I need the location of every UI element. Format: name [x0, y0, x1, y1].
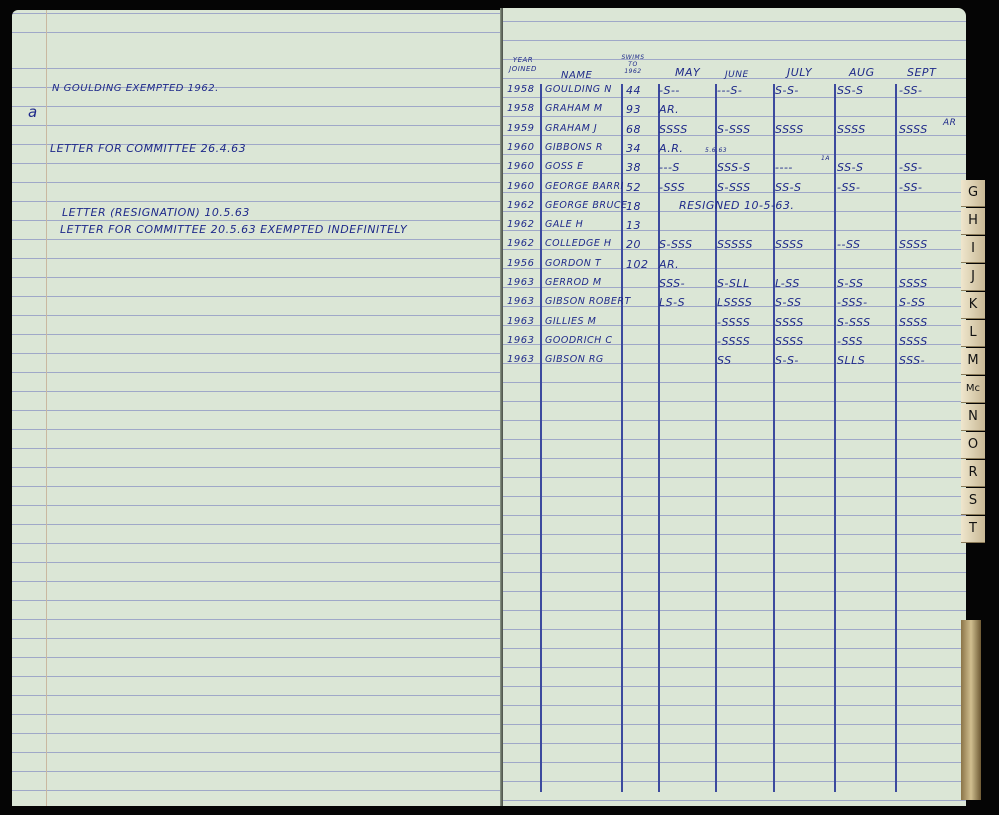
cell-name: GALE H	[545, 219, 583, 230]
table-row: 1963GERROD MSSS-S-SLLL-SSS-SSSSSS	[503, 274, 966, 293]
cell-june: SSS-S	[717, 161, 751, 174]
index-tabs: GHIJKLMMcNORST	[961, 180, 985, 544]
cell-swims: 13	[626, 219, 641, 232]
cell-june: S-SSS	[717, 181, 751, 194]
cell-name: GIBBONS R	[545, 142, 603, 153]
right-page: YEAR JOINED NAME SWIMS TO 1962 MAY JUNE …	[503, 8, 966, 806]
cell-swims: 44	[626, 84, 641, 97]
cell-may: AR.	[659, 258, 679, 271]
cell-may: -S--	[659, 84, 680, 97]
index-tab[interactable]: M	[961, 348, 985, 375]
cell-july: ----	[775, 161, 793, 174]
cell-swims: 18	[626, 200, 641, 213]
cell-year: 1956	[507, 258, 534, 269]
cell-name: GRAHAM J	[545, 123, 597, 134]
table-row: 1959GRAHAM J68SSSSS-SSSSSSSSSSSSSSSAR	[503, 120, 966, 139]
cell-july: SSSS	[775, 123, 804, 136]
cell-name: GOULDING N	[545, 84, 612, 95]
cell-sept: SSSS	[899, 335, 928, 348]
cell-aug: -SSS	[837, 335, 863, 348]
cell-june: SS	[717, 354, 732, 367]
margin-mark: a	[28, 103, 38, 121]
cell-june: S-SSS	[717, 123, 751, 136]
header-aug: AUG	[849, 66, 875, 79]
note-letter-resignation: LETTER (RESIGNATION) 10.5.63	[62, 206, 250, 219]
cell-name: GILLIES M	[545, 316, 596, 327]
cell-name: GIBSON RG	[545, 354, 604, 365]
cell-aug: SS-S	[837, 84, 864, 97]
cell-may: -SSS	[659, 181, 685, 194]
table-row: 1962GALE H13	[503, 216, 966, 235]
cell-name: COLLEDGE H	[545, 238, 612, 249]
cell-sept: -SS-	[899, 181, 923, 194]
row-remark: RESIGNED 10-5-63.	[679, 199, 794, 212]
cell-may: SSS-	[659, 277, 685, 290]
table-row: 1963GOODRICH C-SSSSSSSS-SSSSSSS	[503, 332, 966, 351]
cell-july: SSSS	[775, 238, 804, 251]
cell-july: S-SS	[775, 296, 802, 309]
cell-name: GORDON T	[545, 258, 601, 269]
table-row: 1962COLLEDGE H20S-SSSSSSSSSSSS--SSSSSS	[503, 235, 966, 254]
cell-aug: S-SS	[837, 277, 864, 290]
cell-name: GEORGE BRUCE	[545, 200, 628, 211]
cell-aug: S-SSS	[837, 316, 871, 329]
cell-name: GEORGE BARRI	[545, 181, 624, 192]
cell-aug: -SSS-	[837, 296, 868, 309]
cell-swims: 34	[626, 142, 641, 155]
cell-name: GIBSON ROBERT	[545, 296, 631, 307]
cell-swims: 93	[626, 103, 641, 116]
cell-year: 1962	[507, 200, 534, 211]
cell-sept: -SS-	[899, 161, 923, 174]
index-tab[interactable]: Mc	[961, 376, 985, 403]
cell-june: LSSSS	[717, 296, 752, 309]
cell-year: 1959	[507, 123, 534, 134]
cell-year: 1960	[507, 142, 534, 153]
index-tab[interactable]: N	[961, 404, 985, 431]
cell-may: A.R.	[659, 142, 683, 155]
cell-sept: SSSS	[899, 238, 928, 251]
cell-sept: SSSS	[899, 277, 928, 290]
cell-swims: 102	[626, 258, 649, 271]
cell-aug: SS-S	[837, 161, 864, 174]
cell-swims: 52	[626, 181, 641, 194]
cell-june: 5.6.63	[705, 147, 727, 154]
cell-name: GOODRICH C	[545, 335, 612, 346]
index-tabs-worn	[961, 620, 981, 800]
header-sept: SEPT	[907, 66, 936, 79]
cell-sept: SSSS	[899, 123, 928, 136]
cell-june: -SSSS	[717, 316, 750, 329]
cell-june: S-SLL	[717, 277, 750, 290]
table-row: 1960GEORGE BARRI52-SSSS-SSSSS-S-SS--SS-	[503, 178, 966, 197]
table-row: 1956GORDON T102AR.	[503, 255, 966, 274]
header-swims: SWIMS TO 1962	[619, 54, 647, 75]
cell-name: GERROD M	[545, 277, 602, 288]
cell-year: 1958	[507, 84, 534, 95]
cell-may: SSSS	[659, 123, 688, 136]
cell-year: 1963	[507, 316, 534, 327]
note-exempted: N GOULDING EXEMPTED 1962.	[52, 83, 219, 94]
cell-year: 1963	[507, 296, 534, 307]
cell-july: SSSS	[775, 335, 804, 348]
table-row: 1960GIBBONS R34A.R.5.6.63	[503, 139, 966, 158]
cell-name: GRAHAM M	[545, 103, 603, 114]
cell-year: 1960	[507, 161, 534, 172]
cell-year: 1963	[507, 335, 534, 346]
index-tab[interactable]: T	[961, 516, 985, 543]
cell-july: S-S-	[775, 354, 799, 367]
cell-may: S-SSS	[659, 238, 693, 251]
cell-may: ---S	[659, 161, 680, 174]
header-name: NAME	[561, 70, 592, 81]
cell-july: S-S-	[775, 84, 799, 97]
table-row: 1963GIBSON RGSSS-S-SLLSSSS-	[503, 351, 966, 370]
cell-sept: SSS-	[899, 354, 925, 367]
index-tab[interactable]: R	[961, 460, 985, 487]
table-row: 1958GOULDING N44-S-----S-S-S-SS-S-SS-	[503, 81, 966, 100]
cell-may: AR.	[659, 103, 679, 116]
cell-sept: S-SS	[899, 296, 926, 309]
cell-year: 1962	[507, 238, 534, 249]
sept-annotation: AR	[943, 118, 956, 128]
header-june: JUNE	[725, 70, 749, 80]
cell-swims: 20	[626, 238, 641, 251]
cell-sept: SSSS	[899, 316, 928, 329]
note-letter-committee-2: LETTER FOR COMMITTEE 20.5.63 EXEMPTED IN…	[60, 223, 407, 236]
index-tab[interactable]: G	[961, 180, 985, 207]
table-row: 1963GILLIES M-SSSSSSSSS-SSSSSSS	[503, 313, 966, 332]
index-tab[interactable]: H	[961, 208, 985, 235]
index-tab[interactable]: K	[961, 292, 985, 319]
cell-june: SSSSS	[717, 238, 753, 251]
cell-july: SS-S	[775, 181, 802, 194]
index-tab[interactable]: O	[961, 432, 985, 459]
table-row: 1963GIBSON ROBERTLS-SLSSSSS-SS-SSS-S-SS	[503, 293, 966, 312]
cell-may: LS-S	[659, 296, 685, 309]
cell-aug: SLLS	[837, 354, 865, 367]
header-year-joined: YEAR JOINED	[506, 56, 540, 74]
table-row: 1958GRAHAM M93AR.	[503, 100, 966, 119]
cell-year: 1963	[507, 277, 534, 288]
table-row: 1962GEORGE BRUCE18RESIGNED 10-5-63.	[503, 197, 966, 216]
cell-aug: --SS	[837, 238, 861, 251]
index-tab[interactable]: J	[961, 264, 985, 291]
july-annotation: 1A	[821, 155, 830, 162]
cell-sept: -SS-	[899, 84, 923, 97]
cell-aug: -SS-	[837, 181, 861, 194]
cell-aug: SSSS	[837, 123, 866, 136]
table-row: 1960GOSS E38---SSSS-S----SS-S-SS-1A	[503, 158, 966, 177]
left-page: a N GOULDING EXEMPTED 1962. LETTER FOR C…	[12, 10, 502, 806]
cell-year: 1958	[507, 103, 534, 114]
index-tab[interactable]: L	[961, 320, 985, 347]
cell-name: GOSS E	[545, 161, 584, 172]
cell-year: 1960	[507, 181, 534, 192]
cell-june: -SSSS	[717, 335, 750, 348]
cell-july: L-SS	[775, 277, 800, 290]
index-tab[interactable]: S	[961, 488, 985, 515]
cell-swims: 68	[626, 123, 641, 136]
note-letter-committee-1: LETTER FOR COMMITTEE 26.4.63	[50, 142, 246, 155]
cell-july: SSSS	[775, 316, 804, 329]
index-tab[interactable]: I	[961, 236, 985, 263]
cell-year: 1963	[507, 354, 534, 365]
header-july: JULY	[787, 66, 812, 79]
cell-june: ---S-	[717, 84, 742, 97]
page-margin-line	[46, 10, 47, 806]
header-may: MAY	[675, 66, 700, 79]
cell-swims: 38	[626, 161, 641, 174]
cell-year: 1962	[507, 219, 534, 230]
